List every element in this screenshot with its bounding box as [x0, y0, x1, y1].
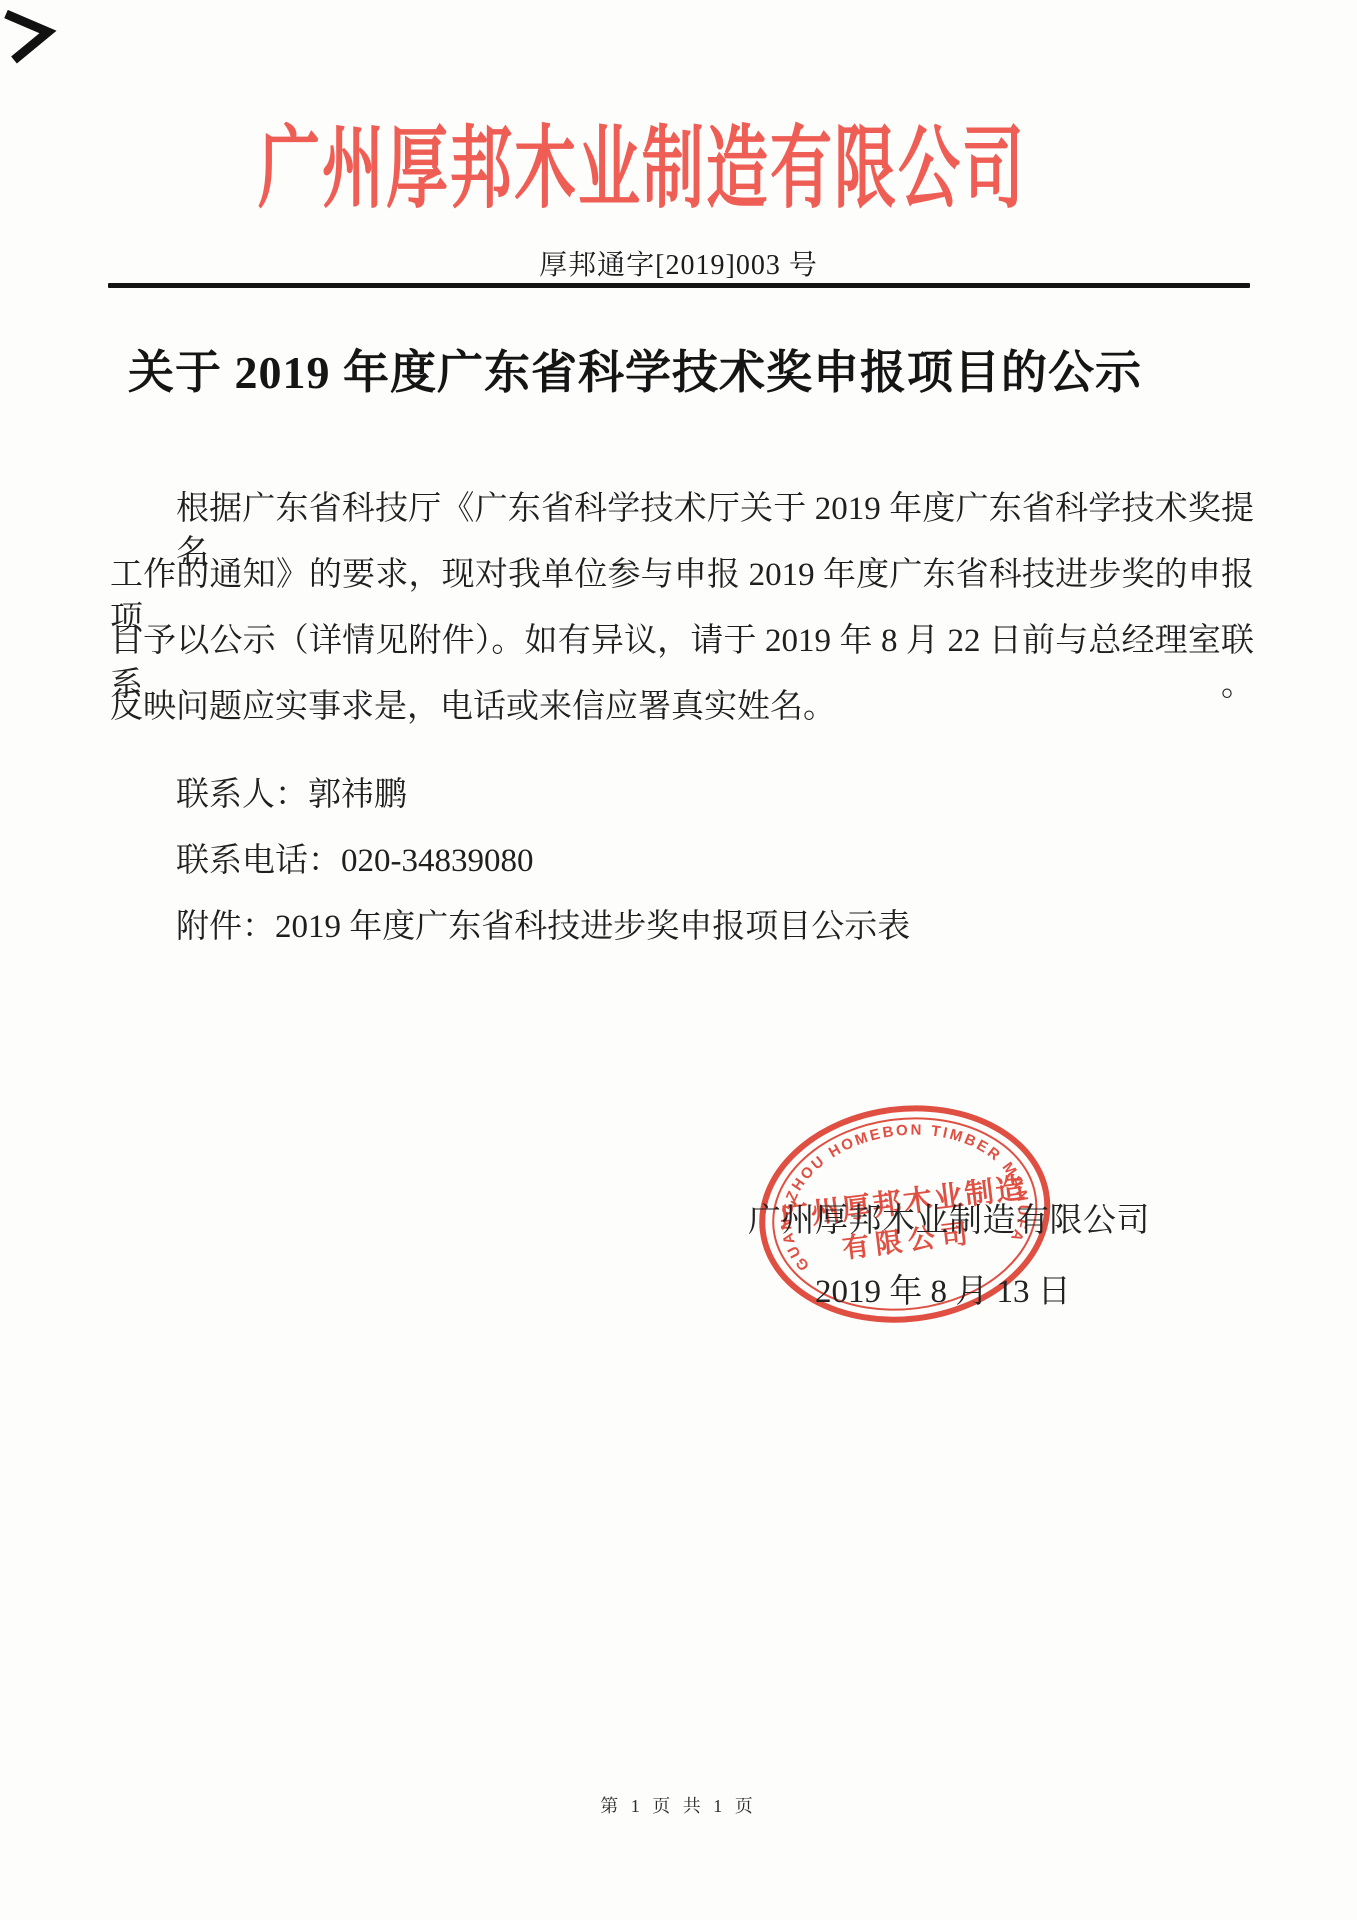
contact-phone-line: 联系电话：020-34839080 — [176, 834, 534, 881]
signature-company-name: 广州厚邦木业制造有限公司 — [748, 1194, 1150, 1241]
document-title: 关于 2019 年度广东省科学技术奖申报项目的公示 — [128, 336, 1228, 402]
body-paragraph: 根据广东省科技厅《广东省科学技术厅关于 2019 年度广东省科学技术奖提名 工作… — [110, 487, 1254, 751]
scan-corner-artifact — [0, 0, 80, 80]
body-line: 工作的通知》的要求，现对我单位参与申报 2019 年度广东省科技进步奖的申报项 — [110, 553, 1254, 619]
body-line: 根据广东省科技厅《广东省科学技术厅关于 2019 年度广东省科学技术奖提名 — [110, 487, 1254, 553]
scanned-document-page: 广州厚邦木业制造有限公司 厚邦通字[2019]003 号 关于 2019 年度广… — [0, 0, 1357, 1920]
contact-person-line: 联系人：郭祎鹏 — [176, 768, 407, 815]
document-number: 厚邦通字[2019]003 号 — [0, 243, 1357, 283]
page-footer-pagination: 第 1 页 共 1 页 — [0, 1792, 1357, 1818]
attachment-line: 附件：2019 年度广东省科技进步奖申报项目公示表 — [176, 900, 910, 947]
letterhead-divider-rule — [108, 283, 1250, 288]
body-line: 目予以公示（详情见附件）。如有异议，请于 2019 年 8 月 22 日前与总经… — [110, 619, 1254, 685]
signature-date: 2019 年 8 月 13 日 — [815, 1265, 1071, 1312]
